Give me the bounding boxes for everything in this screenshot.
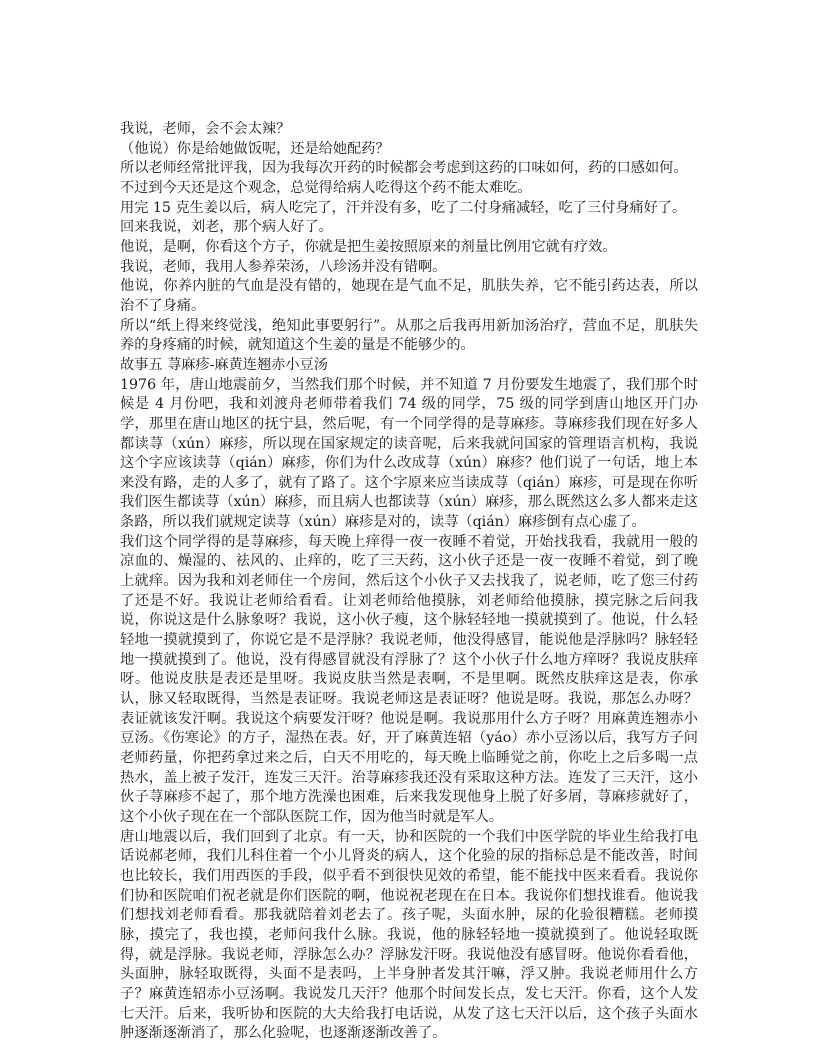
section-heading: 故事五 荨麻疹-麻黄连翘赤小豆汤 [120, 356, 698, 376]
paragraph: （他说）你是给她做饭呢，还是给她配药？ [120, 140, 698, 160]
paragraph: 他说，是啊，你看这个方子，你就是把生姜按照原来的剂量比例用它就有疗效。 [120, 238, 698, 258]
paragraph: 所以老师经常批评我，因为我每次开药的时候都会考虑到这药的口味如何，药的口感如何。 [120, 159, 698, 179]
paragraph: 用完 15 克生姜以后，病人吃完了，汗并没有多，吃了二付身痛减轻，吃了三付身痛好… [120, 199, 698, 219]
paragraph: 唐山地震以后，我们回到了北京。有一天，协和医院的一个我们中医学院的毕业生给我打电… [120, 828, 698, 1044]
paragraph: 不过到今天还是这个观念，总觉得给病人吃得这个药不能太难吃。 [120, 179, 698, 199]
paragraph: 我说，老师，我用人参养荣汤，八珍汤并没有错啊。 [120, 258, 698, 278]
paragraph: 我们这个同学得的是荨麻疹，每天晚上痒得一夜一夜睡不着觉，开始找我看，我就用一般的… [120, 533, 698, 828]
document-page: 我说，老师，会不会太辣？ （他说）你是给她做饭呢，还是给她配药？ 所以老师经常批… [120, 120, 698, 1044]
paragraph: 1976 年，唐山地震前夕，当然我们那个时候，并不知道 7 月份要发生地震了，我… [120, 376, 698, 533]
paragraph: 所以“纸上得来终觉浅，绝知此事要躬行”。从那之后我再用新加汤治疗，营血不足，肌肤… [120, 317, 698, 356]
paragraph: 回来我说，刘老，那个病人好了。 [120, 218, 698, 238]
paragraph: 他说，你养内脏的气血是没有错的，她现在是气血不足，肌肤失养，它不能引药达表，所以… [120, 277, 698, 316]
paragraph: 我说，老师，会不会太辣？ [120, 120, 698, 140]
